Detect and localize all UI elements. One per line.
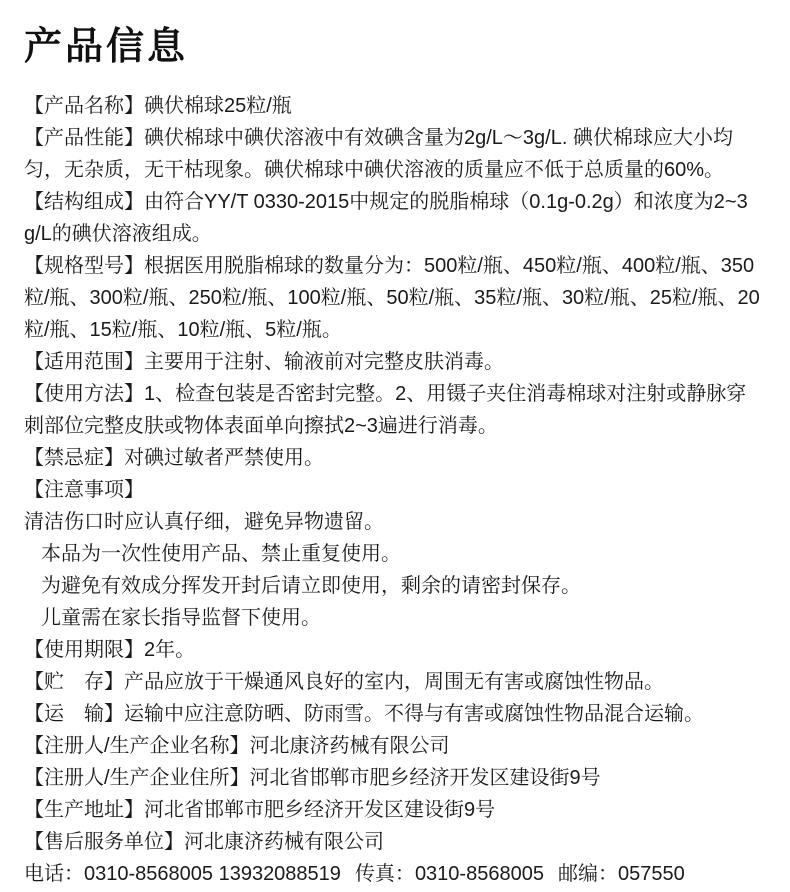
entry-text: 本品为一次性使用产品、禁止重复使用。 <box>41 543 401 565</box>
entry-label: 【产品名称】 <box>24 95 144 117</box>
precaution-item-use-immediately: 为避免有效成分挥发开封后请立即使用，剩余的请密封保存。 <box>24 570 764 602</box>
entry-text: 为避免有效成分挥发开封后请立即使用，剩余的请密封保存。 <box>41 575 581 597</box>
entry-product-name: 【产品名称】碘伏棉球25粒/瓶 <box>24 90 764 122</box>
entry-label: 【结构组成】 <box>24 191 144 213</box>
entry-label: 【注册人/生产企业住所】 <box>24 767 250 789</box>
fax-number: 0310-8568005 <box>415 863 544 885</box>
entry-text: 2年。 <box>144 639 195 661</box>
entry-label: 【售后服务单位】 <box>24 831 184 853</box>
entry-label: 【贮 存】 <box>24 671 124 693</box>
precaution-item-children-supervision: 儿童需在家长指导监督下使用。 <box>24 602 764 634</box>
entry-specification-model: 【规格型号】根据医用脱脂棉球的数量分为：500粒/瓶、450粒/瓶、400粒/瓶… <box>24 250 764 346</box>
entry-structure-composition: 【结构组成】由符合YY/T 0330-2015中规定的脱脂棉球（0.1g-0.2… <box>24 186 764 250</box>
entry-registrant-name: 【注册人/生产企业名称】河北康济药械有限公司 <box>24 730 764 762</box>
entry-text: 对碘过敏者严禁使用。 <box>124 447 324 469</box>
entry-label: 【运 输】 <box>24 703 124 725</box>
contact-row: 电话：0310-8568005 13932088519传真：0310-85680… <box>24 858 764 890</box>
entry-registrant-address: 【注册人/生产企业住所】河北省邯郸市肥乡经济开发区建设街9号 <box>24 762 764 794</box>
entry-contraindications: 【禁忌症】对碘过敏者严禁使用。 <box>24 442 764 474</box>
entry-text: 儿童需在家长指导监督下使用。 <box>41 607 321 629</box>
fax-label: 传真： <box>355 863 415 885</box>
entry-precautions-heading: 【注意事项】 <box>24 474 764 506</box>
entry-production-address: 【生产地址】河北省邯郸市肥乡经济开发区建设街9号 <box>24 794 764 826</box>
entry-text: 清洁伤口时应认真仔细，避免异物遗留。 <box>24 511 384 533</box>
entry-text: 河北省邯郸市肥乡经济开发区建设街9号 <box>250 767 601 789</box>
entry-storage: 【贮 存】产品应放于干燥通风良好的室内，周围无有害或腐蚀性物品。 <box>24 666 764 698</box>
entry-text: 产品应放于干燥通风良好的室内，周围无有害或腐蚀性物品。 <box>124 671 664 693</box>
entry-label: 【规格型号】 <box>24 255 144 277</box>
entry-text: 河北康济药械有限公司 <box>250 735 450 757</box>
entry-label: 【注意事项】 <box>24 479 144 501</box>
entry-label: 【产品性能】 <box>24 127 144 149</box>
phone-label: 电话： <box>24 863 84 885</box>
entry-text: 河北省邯郸市肥乡经济开发区建设街9号 <box>144 799 495 821</box>
zip-label: 邮编： <box>558 863 618 885</box>
entry-label: 【使用方法】 <box>24 383 144 405</box>
entry-label: 【生产地址】 <box>24 799 144 821</box>
entry-text: 运输中应注意防晒、防雨雪。不得与有害或腐蚀性物品混合运输。 <box>124 703 704 725</box>
zip-code: 057550 <box>618 863 685 885</box>
page-title: 产品信息 <box>24 24 764 70</box>
phone-numbers: 0310-8568005 13932088519 <box>84 863 341 885</box>
precaution-item-single-use: 本品为一次性使用产品、禁止重复使用。 <box>24 538 764 570</box>
precaution-item-wound-cleaning: 清洁伤口时应认真仔细，避免异物遗留。 <box>24 506 764 538</box>
entry-label: 【适用范围】 <box>24 351 144 373</box>
entry-shelf-life: 【使用期限】2年。 <box>24 634 764 666</box>
entry-after-sales-unit: 【售后服务单位】河北康济药械有限公司 <box>24 826 764 858</box>
product-info-page: 产品信息 【产品名称】碘伏棉球25粒/瓶 【产品性能】碘伏棉球中碘伏溶液中有效碘… <box>0 0 790 892</box>
entry-usage-method: 【使用方法】1、检查包装是否密封完整。2、用镊子夹住消毒棉球对注射或静脉穿刺部位… <box>24 378 764 442</box>
entry-label: 【使用期限】 <box>24 639 144 661</box>
entry-label: 【注册人/生产企业名称】 <box>24 735 250 757</box>
entry-scope-of-application: 【适用范围】主要用于注射、输液前对完整皮肤消毒。 <box>24 346 764 378</box>
entry-product-performance: 【产品性能】碘伏棉球中碘伏溶液中有效碘含量为2g/L～3g/L. 碘伏棉球应大小… <box>24 122 764 186</box>
entry-text: 碘伏棉球25粒/瓶 <box>144 95 292 117</box>
entry-text: 主要用于注射、输液前对完整皮肤消毒。 <box>144 351 504 373</box>
entry-transport: 【运 输】运输中应注意防晒、防雨雪。不得与有害或腐蚀性物品混合运输。 <box>24 698 764 730</box>
entry-text: 河北康济药械有限公司 <box>184 831 384 853</box>
entry-label: 【禁忌症】 <box>24 447 124 469</box>
